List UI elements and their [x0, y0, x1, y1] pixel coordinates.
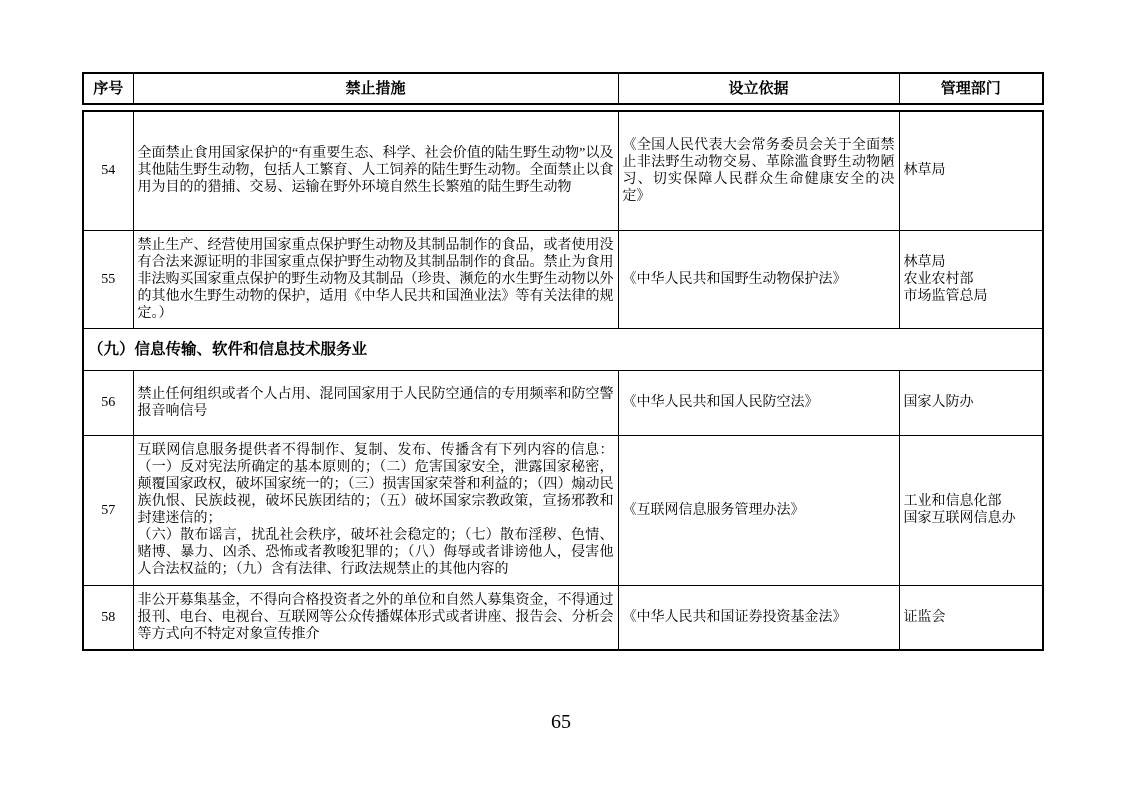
table-row-58: 58 非公开募集基金，不得向合格投资者之外的单位和自然人募集资金，不得通过报刊、… [83, 585, 1043, 650]
header-cell-basis: 设立依据 [618, 73, 899, 104]
table-row-54: 54 全面禁止食用国家保护的“有重要生态、科学、社会价值的陆生野生动物”以及其他… [83, 111, 1043, 230]
dept-cell: 工业和信息化部 国家互联网信息办 [899, 435, 1043, 585]
table-header: 序号 禁止措施 设立依据 管理部门 [82, 72, 1044, 105]
basis-cell: 《全国人民代表大会常务委员会关于全面禁止非法野生动物交易、革除滥食野生动物陋习、… [618, 111, 899, 230]
basis-cell: 《中华人民共和国人民防空法》 [618, 370, 899, 435]
header-cell-no: 序号 [83, 73, 133, 104]
table-body: 54 全面禁止食用国家保护的“有重要生态、科学、社会价值的陆生野生动物”以及其他… [82, 110, 1044, 651]
dept-cell: 林草局 农业农村部 市场监管总局 [899, 230, 1043, 328]
measure-cell: 互联网信息服务提供者不得制作、复制、发布、传播含有下列内容的信息：（一）反对宪法… [133, 435, 618, 585]
prohibition-table: 序号 禁止措施 设立依据 管理部门 54 全面禁止食用国家保护的“有重要生态、科… [82, 72, 1042, 651]
table-row-56: 56 禁止任何组织或者个人占用、混同国家用于人民防空通信的专用频率和防空警报音响… [83, 370, 1043, 435]
basis-cell: 《中华人民共和国证券投资基金法》 [618, 585, 899, 650]
basis-cell: 《中华人民共和国野生动物保护法》 [618, 230, 899, 328]
serial-cell: 56 [83, 370, 133, 435]
section-header-row: （九）信息传输、软件和信息技术服务业 [83, 328, 1043, 370]
dept-cell: 林草局 [899, 111, 1043, 230]
serial-cell: 58 [83, 585, 133, 650]
table-row-55: 55 禁止生产、经营使用国家重点保护野生动物及其制品制作的食品，或者使用没有合法… [83, 230, 1043, 328]
measure-cell: 全面禁止食用国家保护的“有重要生态、科学、社会价值的陆生野生动物”以及其他陆生野… [133, 111, 618, 230]
measure-cell: 禁止生产、经营使用国家重点保护野生动物及其制品制作的食品，或者使用没有合法来源证… [133, 230, 618, 328]
page-number: 65 [0, 711, 1122, 734]
header-row: 序号 禁止措施 设立依据 管理部门 [83, 73, 1043, 104]
serial-cell: 57 [83, 435, 133, 585]
header-cell-measure: 禁止措施 [133, 73, 618, 104]
header-cell-dept: 管理部门 [899, 73, 1043, 104]
measure-cell: 禁止任何组织或者个人占用、混同国家用于人民防空通信的专用频率和防空警报音响信号 [133, 370, 618, 435]
serial-cell: 54 [83, 111, 133, 230]
dept-cell: 证监会 [899, 585, 1043, 650]
document-page: 序号 禁止措施 设立依据 管理部门 54 全面禁止食用国家保护的“有重要生态、科… [0, 0, 1122, 793]
serial-cell: 55 [83, 230, 133, 328]
table-row-57: 57 互联网信息服务提供者不得制作、复制、发布、传播含有下列内容的信息：（一）反… [83, 435, 1043, 585]
dept-cell: 国家人防办 [899, 370, 1043, 435]
basis-cell: 《互联网信息服务管理办法》 [618, 435, 899, 585]
measure-cell: 非公开募集基金，不得向合格投资者之外的单位和自然人募集资金，不得通过报刊、电台、… [133, 585, 618, 650]
section-title: （九）信息传输、软件和信息技术服务业 [83, 328, 1043, 370]
